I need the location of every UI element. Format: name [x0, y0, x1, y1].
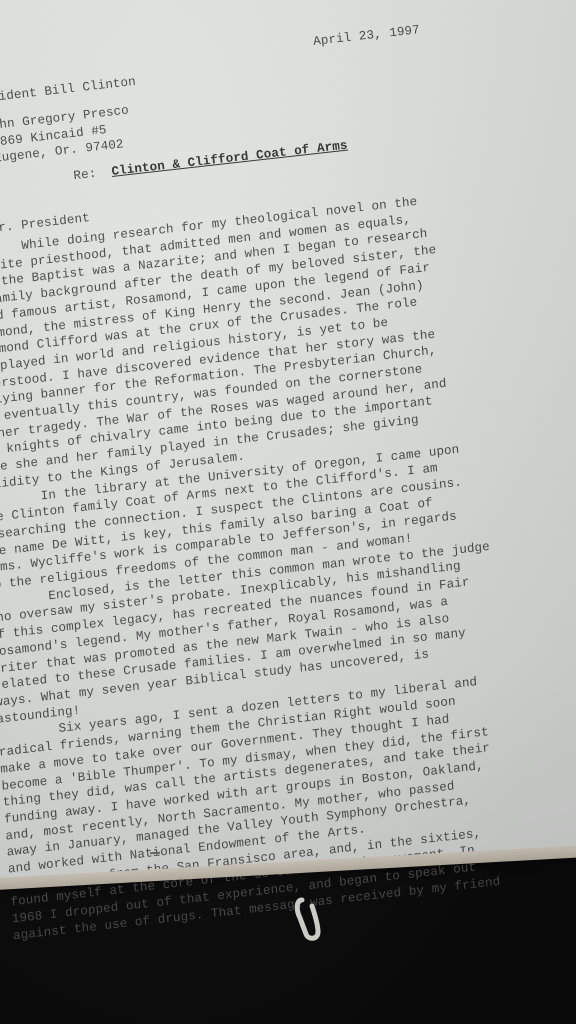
letter-date: April 23, 1997: [312, 22, 420, 50]
photo-scene: April 23, 1997 : President Bill Clinton …: [0, 0, 576, 1024]
letter-paper: April 23, 1997 : President Bill Clinton …: [0, 0, 576, 890]
subject-text: Clinton & Clifford Coat of Arms: [111, 139, 348, 179]
sender-block: om: John Gregory Presco 1869 Kincaid #5 …: [0, 103, 133, 172]
recipient-name: President Bill Clinton: [0, 75, 137, 108]
subject-label: Re:: [73, 167, 97, 183]
paper-clip-icon: [292, 896, 324, 946]
letter-body: While doing research for my theological …: [0, 189, 516, 945]
